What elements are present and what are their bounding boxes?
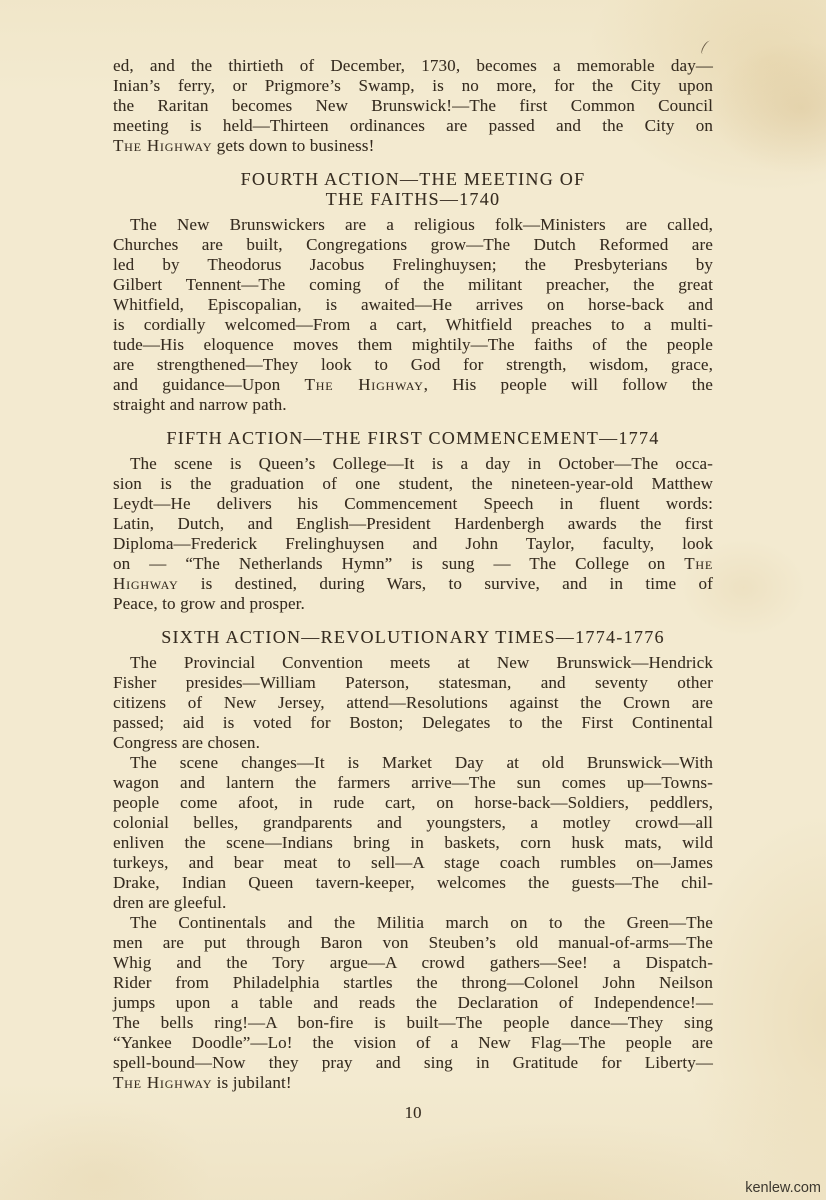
heading-line: FOURTH ACTION—THE MEETING OF: [113, 169, 713, 189]
text-run: Drake, Indian Queen tavern-keeper, welco…: [113, 873, 713, 892]
text-run: The scene changes—It is Market Day at ol…: [130, 753, 713, 772]
text-run: turkeys, and bear meat to sell—A stage c…: [113, 853, 713, 872]
text-line: Leydt—He delivers his Commencement Speec…: [113, 494, 713, 514]
text-line: Latin, Dutch, and English—President Hard…: [113, 514, 713, 534]
text-run: Whig and the Tory argue—A crowd gathers—…: [113, 953, 713, 972]
text-run: and guidance—Upon: [113, 375, 305, 394]
heading-line: SIXTH ACTION—REVOLUTIONARY TIMES—1774-17…: [113, 627, 713, 647]
text-line: Drake, Indian Queen tavern-keeper, welco…: [113, 873, 713, 893]
text-line: passed; aid is voted for Boston; Delegat…: [113, 713, 713, 733]
text-run: Latin, Dutch, and English—President Hard…: [113, 514, 713, 533]
small-caps-run: The Highway: [113, 136, 212, 155]
text-line: jumps upon a table and reads the Declara…: [113, 993, 713, 1013]
text-line: spell-bound—Now they pray and sing in Gr…: [113, 1053, 713, 1073]
text-line: Churches are built, Congregations grow—T…: [113, 235, 713, 255]
text-line: The New Brunswickers are a religious fol…: [113, 215, 713, 235]
text-line: The Highway is jubilant!: [113, 1073, 713, 1093]
text-line: ed, and the thirtieth of December, 1730,…: [113, 56, 713, 76]
text-line: led by Theodorus Jacobus Frelinghuysen; …: [113, 255, 713, 275]
paragraph: The Provincial Convention meets at New B…: [113, 653, 713, 753]
text-run: sion is the graduation of one student, t…: [113, 474, 713, 493]
text-column: ed, and the thirtieth of December, 1730,…: [113, 56, 713, 1123]
section-heading: SIXTH ACTION—REVOLUTIONARY TIMES—1774-17…: [113, 627, 713, 647]
text-run: citizens of New Jersey, attend—Resolutio…: [113, 693, 713, 712]
text-line: meeting is held—Thirteen ordinances are …: [113, 116, 713, 136]
text-line: straight and narrow path.: [113, 395, 713, 415]
text-line: and guidance—Upon The Highway, His peopl…: [113, 375, 713, 395]
text-run: colonial belles, grandparents and youngs…: [113, 813, 713, 832]
book-page: ed, and the thirtieth of December, 1730,…: [0, 0, 826, 1200]
text-line: Congress are chosen.: [113, 733, 713, 753]
text-run: The scene is Queen’s College—It is a day…: [130, 454, 713, 473]
text-line: the Raritan becomes New Brunswick!—The f…: [113, 96, 713, 116]
text-line: Fisher presides—William Paterson, states…: [113, 673, 713, 693]
text-line: men are put through Baron von Steuben’s …: [113, 933, 713, 953]
text-line: The scene is Queen’s College—It is a day…: [113, 454, 713, 474]
text-line: Gilbert Tennent—The coming of the milita…: [113, 275, 713, 295]
small-caps-run: Highway: [113, 574, 178, 593]
text-run: ed, and the thirtieth of December, 1730,…: [113, 56, 713, 75]
text-run: Inian’s ferry, or Prigmore’s Swamp, is n…: [113, 76, 713, 95]
text-line: The Highway gets down to business!: [113, 136, 713, 156]
text-run: gets down to business!: [212, 136, 374, 155]
text-line: dren are gleeful.: [113, 893, 713, 913]
text-line: sion is the graduation of one student, t…: [113, 474, 713, 494]
text-run: “Yankee Doodle”—Lo! the vision of a New …: [113, 1033, 713, 1052]
small-caps-run: The Highway: [305, 375, 424, 394]
text-run: Congress are chosen.: [113, 733, 260, 752]
text-line: on — “The Netherlands Hymn” is sung — Th…: [113, 554, 713, 574]
heading-line: THE FAITHS—1740: [113, 189, 713, 209]
text-line: is cordially welcomed—From a cart, Whitf…: [113, 315, 713, 335]
text-run: is cordially welcomed—From a cart, Whitf…: [113, 315, 713, 334]
text-run: men are put through Baron von Steuben’s …: [113, 933, 713, 952]
text-line: Peace, to grow and prosper.: [113, 594, 713, 614]
text-run: people come afoot, in rude cart, on hors…: [113, 793, 713, 812]
text-run: passed; aid is voted for Boston; Delegat…: [113, 713, 713, 732]
text-run: FIFTH ACTION—THE FIRST COMMENCEMENT—1774: [166, 428, 659, 448]
small-caps-run: The: [684, 554, 713, 573]
text-line: Whitfield, Episcopalian, is awaited—He a…: [113, 295, 713, 315]
small-caps-run: The Highway: [113, 1073, 212, 1092]
text-line: Diploma—Frederick Frelinghuysen and John…: [113, 534, 713, 554]
text-run: , His people will follow the: [424, 375, 713, 394]
text-run: Whitfield, Episcopalian, is awaited—He a…: [113, 295, 713, 314]
text-run: spell-bound—Now they pray and sing in Gr…: [113, 1053, 713, 1072]
text-line: people come afoot, in rude cart, on hors…: [113, 793, 713, 813]
text-line: wagon and lantern the farmers arrive—The…: [113, 773, 713, 793]
text-line: are strengthened—They look to God for st…: [113, 355, 713, 375]
text-run: FOURTH ACTION—THE MEETING OF: [241, 169, 586, 189]
text-run: tude—His eloquence moves them mightily—T…: [113, 335, 713, 354]
heading-line: FIFTH ACTION—THE FIRST COMMENCEMENT—1774: [113, 428, 713, 448]
paragraph: The Continentals and the Militia march o…: [113, 913, 713, 1093]
text-line: The scene changes—It is Market Day at ol…: [113, 753, 713, 773]
text-run: The Continentals and the Militia march o…: [130, 913, 713, 932]
text-run: are strengthened—They look to God for st…: [113, 355, 713, 374]
text-run: THE FAITHS—1740: [326, 189, 501, 209]
text-run: is destined, during Wars, to survive, an…: [178, 574, 713, 593]
text-run: The Provincial Convention meets at New B…: [130, 653, 713, 672]
text-line: enliven the scene—Indians bring in baske…: [113, 833, 713, 853]
paragraph: The New Brunswickers are a religious fol…: [113, 215, 713, 415]
text-run: The New Brunswickers are a religious fol…: [130, 215, 713, 234]
text-line: Inian’s ferry, or Prigmore’s Swamp, is n…: [113, 76, 713, 96]
paragraph: The scene is Queen’s College—It is a day…: [113, 454, 713, 614]
paragraph: The scene changes—It is Market Day at ol…: [113, 753, 713, 913]
paragraph: ed, and the thirtieth of December, 1730,…: [113, 56, 713, 156]
text-run: dren are gleeful.: [113, 893, 226, 912]
text-line: Highway is destined, during Wars, to sur…: [113, 574, 713, 594]
text-line: The Continentals and the Militia march o…: [113, 913, 713, 933]
text-run: SIXTH ACTION—REVOLUTIONARY TIMES—1774-17…: [161, 627, 665, 647]
text-line: The Provincial Convention meets at New B…: [113, 653, 713, 673]
text-run: straight and narrow path.: [113, 395, 287, 414]
section-heading: FIFTH ACTION—THE FIRST COMMENCEMENT—1774: [113, 428, 713, 448]
text-run: wagon and lantern the farmers arrive—The…: [113, 773, 713, 792]
text-line: “Yankee Doodle”—Lo! the vision of a New …: [113, 1033, 713, 1053]
watermark: kenlew.com: [745, 1180, 821, 1196]
text-line: colonial belles, grandparents and youngs…: [113, 813, 713, 833]
text-run: Diploma—Frederick Frelinghuysen and John…: [113, 534, 713, 553]
text-run: meeting is held—Thirteen ordinances are …: [113, 116, 713, 135]
text-run: led by Theodorus Jacobus Frelinghuysen; …: [113, 255, 713, 274]
text-line: citizens of New Jersey, attend—Resolutio…: [113, 693, 713, 713]
page-number: 10: [113, 1103, 713, 1123]
text-run: the Raritan becomes New Brunswick!—The f…: [113, 96, 713, 115]
text-run: The bells ring!—A bon-fire is built—The …: [113, 1013, 713, 1032]
text-run: on — “The Netherlands Hymn” is sung — Th…: [113, 554, 684, 573]
text-run: Gilbert Tennent—The coming of the milita…: [113, 275, 713, 294]
ink-speck: [699, 40, 713, 55]
text-line: The bells ring!—A bon-fire is built—The …: [113, 1013, 713, 1033]
text-line: tude—His eloquence moves them mightily—T…: [113, 335, 713, 355]
text-run: jumps upon a table and reads the Declara…: [113, 993, 713, 1012]
text-run: Churches are built, Congregations grow—T…: [113, 235, 713, 254]
text-line: Rider from Philadelphia startles the thr…: [113, 973, 713, 993]
text-line: turkeys, and bear meat to sell—A stage c…: [113, 853, 713, 873]
text-run: Rider from Philadelphia startles the thr…: [113, 973, 713, 992]
text-run: enliven the scene—Indians bring in baske…: [113, 833, 713, 852]
text-run: Peace, to grow and prosper.: [113, 594, 305, 613]
text-run: Fisher presides—William Paterson, states…: [113, 673, 713, 692]
section-heading: FOURTH ACTION—THE MEETING OFTHE FAITHS—1…: [113, 169, 713, 209]
text-run: Leydt—He delivers his Commencement Speec…: [113, 494, 713, 513]
text-run: is jubilant!: [212, 1073, 291, 1092]
text-line: Whig and the Tory argue—A crowd gathers—…: [113, 953, 713, 973]
